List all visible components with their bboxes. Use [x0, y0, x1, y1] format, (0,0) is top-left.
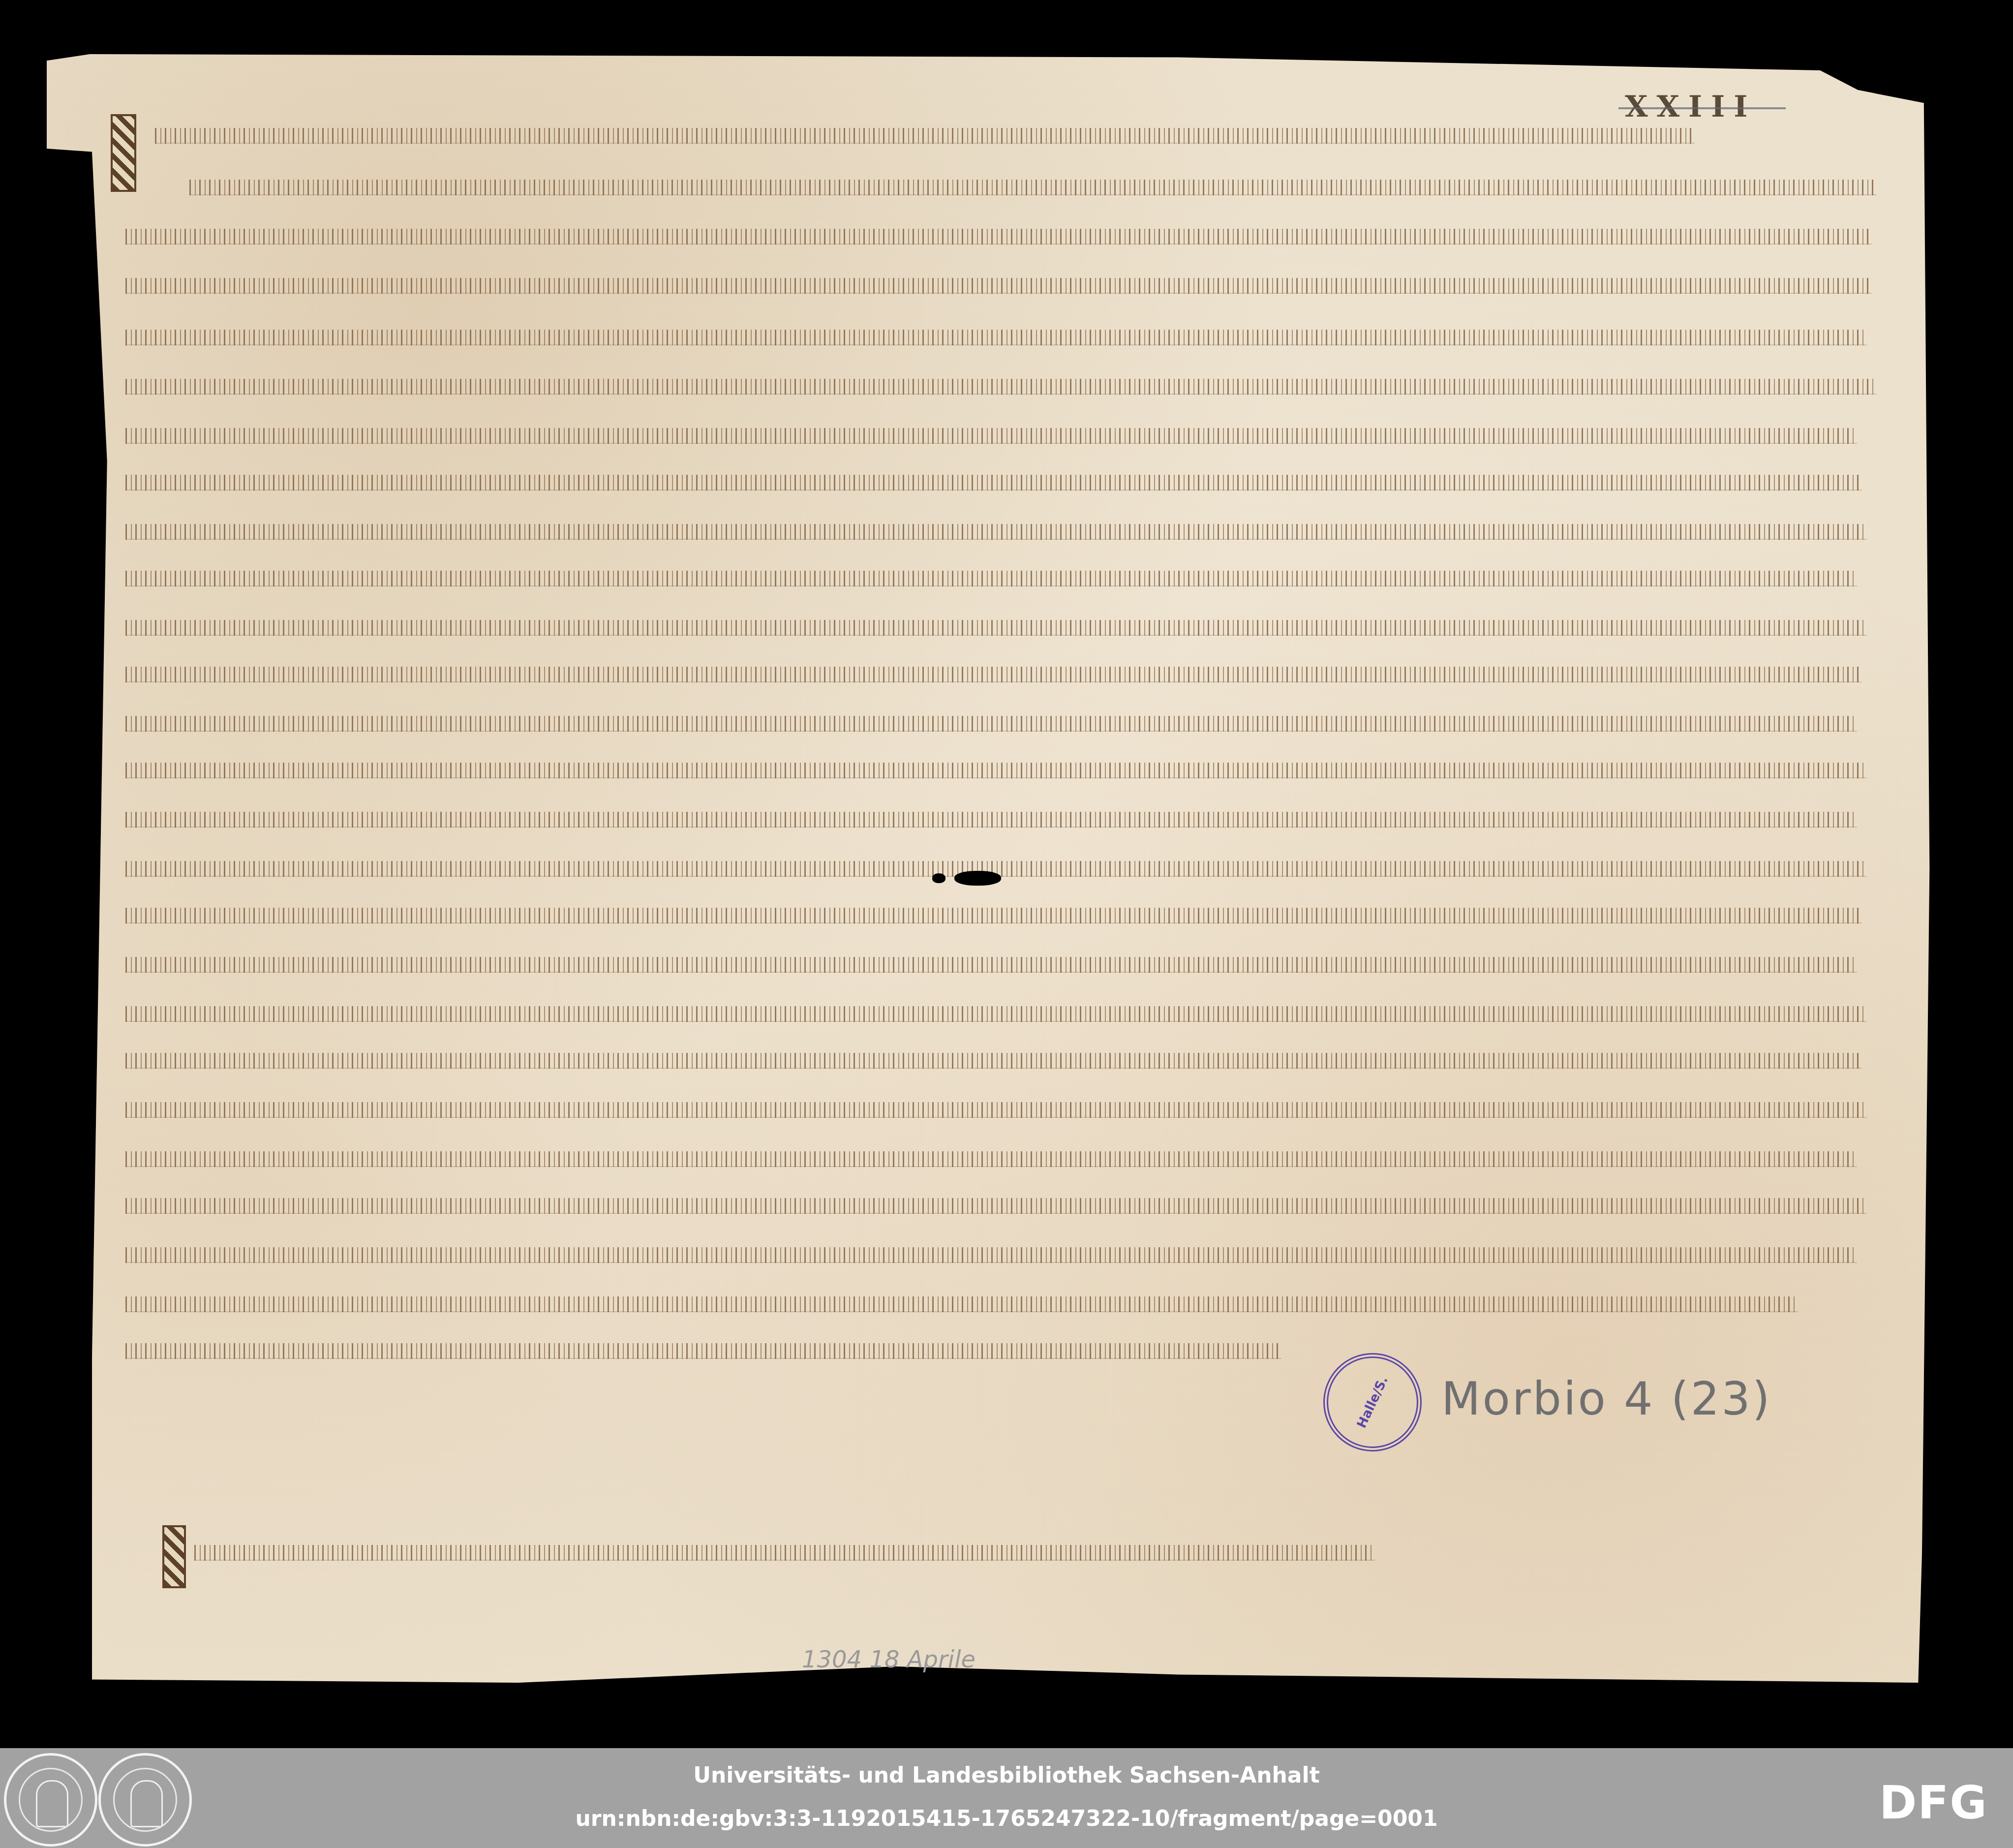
notary-subscription-line	[194, 1545, 1375, 1561]
text-line-21	[125, 1102, 1867, 1118]
library-stamp: Halle/S.	[1323, 1353, 1422, 1451]
text-line-19	[125, 1006, 1867, 1022]
pencil-date-note: 1304 18 Aprile	[802, 1646, 976, 1673]
text-line-11	[125, 620, 1867, 636]
decorated-initial-notary	[162, 1525, 186, 1588]
institution-name: Universitäts- und Landesbibliothek Sachs…	[0, 1763, 2013, 1788]
text-line-17	[125, 908, 1862, 924]
text-line-6	[125, 379, 1877, 395]
dfg-logo: DFG	[1879, 1777, 1988, 1829]
text-line-7	[125, 428, 1857, 444]
pencil-shelfmark: Morbio 4 (23)	[1441, 1373, 1772, 1425]
text-line-23	[125, 1198, 1867, 1214]
numeral-strikethrough	[1618, 107, 1786, 109]
text-line-10	[125, 571, 1857, 586]
parchment-hole	[932, 873, 945, 883]
text-line-5	[125, 330, 1867, 345]
text-line-8	[125, 475, 1862, 491]
text-line-18	[125, 957, 1857, 973]
text-line-24	[125, 1247, 1857, 1263]
text-line-22	[125, 1151, 1857, 1167]
text-line-4	[125, 278, 1872, 294]
text-line-9	[125, 524, 1867, 540]
text-line-12	[125, 667, 1862, 682]
roman-numeral-annotation: XXIII	[1625, 90, 1756, 124]
text-line-2	[189, 180, 1877, 195]
parchment-hole	[954, 871, 1001, 886]
text-line-25	[125, 1296, 1798, 1312]
text-line-13	[125, 716, 1857, 732]
text-line-26	[125, 1343, 1281, 1359]
footer-bar: Universitäts- und Landesbibliothek Sachs…	[0, 1748, 2013, 1848]
parchment-charter	[47, 54, 1933, 1683]
text-line-15	[125, 812, 1857, 828]
stamp-center-text: Halle/S.	[1354, 1374, 1391, 1431]
text-line-14	[125, 763, 1867, 778]
decorated-initial-top	[111, 114, 136, 192]
text-line-3	[125, 229, 1872, 245]
text-line-20	[125, 1053, 1862, 1069]
urn-identifier: urn:nbn:de:gbv:3:3-1192015415-1765247322…	[0, 1806, 2013, 1831]
text-line-1	[155, 128, 1695, 144]
document-viewer: XXIII Halle/S. Morbio 4 (23) 1304 18 Apr…	[0, 0, 2013, 1748]
